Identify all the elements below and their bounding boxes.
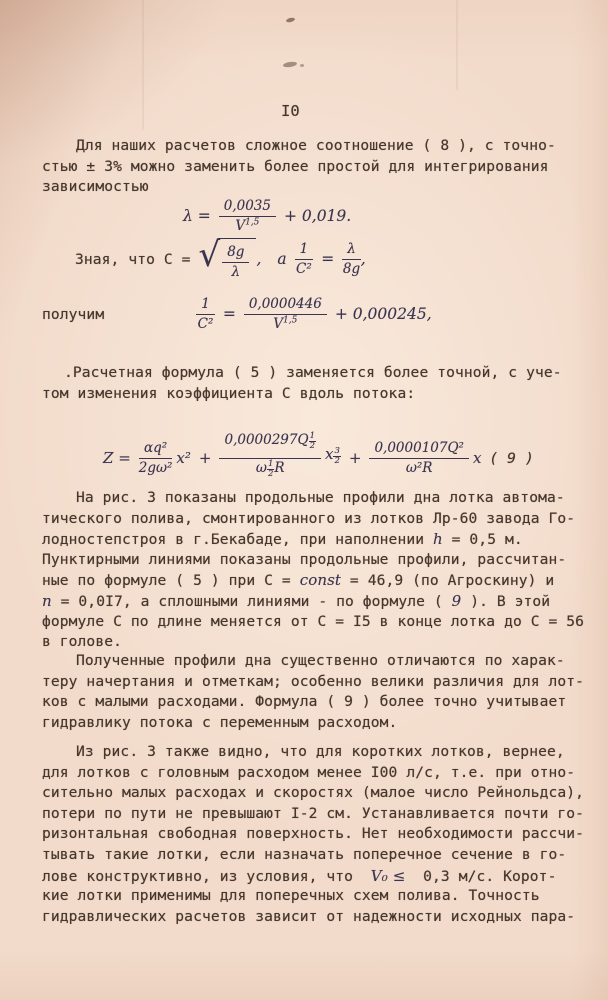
radical-icon: √ (199, 239, 221, 271)
fraction: 0,0000297Q12 ω12R (219, 432, 321, 485)
ink-speck (283, 61, 298, 68)
text-line: ные по формуле ( 5 ) при С = const = 46,… (42, 570, 594, 591)
scanned-document-page: I0 Для наших расчетов сложное соотношени… (0, 0, 608, 1000)
text-line: зависимостью (42, 177, 594, 198)
formula-poluchim-line: получим 1 С² = 0,0000446 V1,5 + 0,000245… (42, 296, 432, 333)
fraction: 0,0000446 V1,5 (244, 296, 327, 333)
text-line: гидравлических расчетов зависит от надеж… (42, 907, 594, 928)
formula-tail: + 0,000245, (335, 305, 432, 323)
conjunction-a: а (277, 250, 286, 268)
page-number: I0 (281, 102, 300, 120)
text-line: лодностепстроя в г.Бекабаде, при наполне… (42, 529, 594, 550)
paragraph-4: Полученные профили дна существенно отлич… (42, 651, 594, 733)
fraction: 1 С² (196, 296, 215, 333)
handwritten-const: const (300, 571, 341, 589)
text-line: стью ± 3% можно заменить более простой д… (42, 157, 594, 178)
plus-sign: + (199, 449, 212, 467)
paragraph-1: Для наших расчетов сложное соотношение (… (42, 136, 594, 198)
paper-crease (142, 0, 144, 130)
handwritten-n: n (42, 592, 52, 610)
formula-lhs: Z = (103, 449, 131, 467)
fraction: αq² 2gω² (139, 440, 173, 477)
fraction-numerator: 0,0035 (219, 198, 276, 217)
handwritten-nine: 9 (452, 592, 462, 610)
fraction: 0,0000107Q² ω²R (369, 440, 468, 477)
fraction: λ 8g (342, 241, 361, 278)
text-line: тического полива, смонтированного из лот… (42, 509, 594, 530)
formula-tail: + 0,019. (284, 207, 351, 225)
text-line: потери по пути не превышают I-2 см. Уста… (42, 804, 594, 825)
text-line: Полученные профили дна существенно отлич… (42, 651, 594, 672)
text-line: для лотков с головным расходом менее I00… (42, 763, 594, 784)
text-line: n = 0,0I7, а сплошными линиями - по форм… (42, 591, 594, 612)
x-squared: x² (176, 449, 190, 467)
fraction: 0,0035 V1,5 (219, 198, 276, 235)
paper-crease (456, 0, 458, 90)
text-line: ков с малыми расходами. Формула ( 9 ) бо… (42, 692, 594, 713)
text-line: тывать такие лотки, если назначать попер… (42, 845, 594, 866)
text-line: .Расчетная формула ( 5 ) заменяется боле… (42, 363, 594, 384)
fraction-denominator: V1,5 (235, 217, 259, 235)
formula-lambda: λ = 0,0035 V1,5 + 0,019. (183, 198, 351, 235)
text-line: лове конструктивно, из условия, что V₀ ≤… (42, 866, 594, 887)
text-line: сительно малых расходах и скоростях (мал… (42, 783, 594, 804)
comma: , (256, 250, 261, 268)
formula-chezy-line: Зная, что С = √ 8g λ , а 1 С² = λ 8g , (75, 238, 366, 281)
ink-speck (286, 17, 296, 23)
paragraph-3: На рис. 3 показаны продольные профили дн… (42, 488, 594, 653)
equation-number: ( 9 ) (489, 450, 533, 467)
equals-sign: = (223, 305, 236, 323)
text-line: Пунктирными линиями показаны продольные … (42, 550, 594, 571)
handwritten-v0-condition: V₀ ≤ (371, 867, 406, 885)
x-three-halves: x32 (325, 445, 341, 472)
text-line: ризонтальная свободная поверхность. Нет … (42, 824, 594, 845)
ink-speck (300, 64, 304, 67)
text-line: теру начертания и отметкам; особенно вел… (42, 672, 594, 693)
handwritten-h: h (433, 530, 443, 548)
text-line: кие лотки применимы для поперечных схем … (42, 886, 594, 907)
text-line: гидравлику потока с переменным расходом. (42, 713, 594, 734)
text-line: формуле С по длине меняется от С = I5 в … (42, 612, 594, 633)
typed-intro: Зная, что С = (75, 251, 191, 268)
x-term: x (473, 449, 481, 467)
square-root: √ 8g λ (199, 238, 257, 281)
equals-sign: = (321, 250, 334, 268)
plus-sign: + (349, 449, 362, 467)
text-line: в голове. (42, 632, 594, 653)
text-line: Из рис. 3 также видно, что для коротких … (42, 742, 594, 763)
fraction: 1 С² (295, 241, 314, 278)
fraction: 8g λ (222, 244, 249, 281)
paragraph-2: .Расчетная формула ( 5 ) заменяется боле… (42, 363, 594, 404)
text-line: Для наших расчетов сложное соотношение (… (42, 136, 594, 157)
text-line: том изменения коэффициента С вдоль поток… (42, 384, 594, 405)
formula-9: Z = αq² 2gω² x² + 0,0000297Q12 ω12R x32 … (103, 432, 534, 485)
typed-label: получим (42, 306, 104, 323)
text-line: На рис. 3 показаны продольные профили дн… (42, 488, 594, 509)
comma: , (361, 250, 366, 268)
formula-lhs: λ = (183, 207, 211, 225)
paragraph-5: Из рис. 3 также видно, что для коротких … (42, 742, 594, 927)
